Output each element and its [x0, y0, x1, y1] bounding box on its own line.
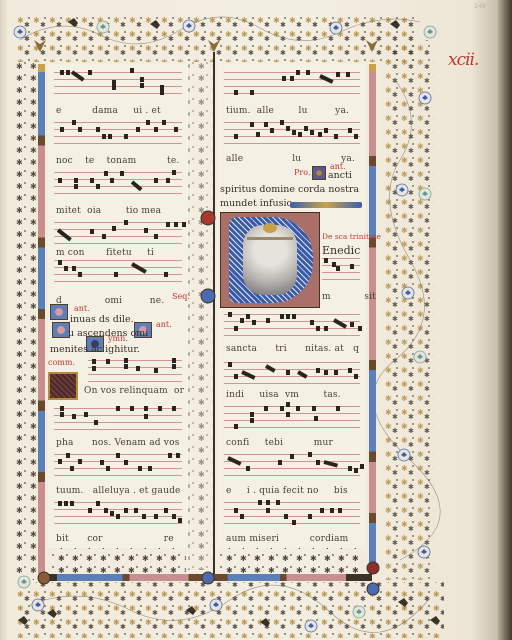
- music-stave: [224, 450, 360, 478]
- rubric-comm: comm.: [48, 358, 75, 367]
- lyric-line: e dama ui . et: [56, 106, 182, 116]
- lyric-line: sancta tri nitas. at q: [226, 344, 360, 354]
- left-text-column: e dama ui . et noc te tonam te. mitet oi…: [48, 64, 188, 548]
- lyric-line: pha nos. Venam ad vos: [56, 438, 182, 448]
- lyric-line: indi uisa vm tas.: [226, 390, 360, 400]
- rubric-ymn: ymn.: [108, 334, 128, 343]
- prose-line: menites ac ighitur.: [50, 344, 140, 355]
- lyric-line: tium. alle lu ya.: [226, 106, 360, 116]
- lyric-line: tuum. alleluya . et gaude: [56, 486, 182, 496]
- music-stave: [54, 498, 182, 526]
- music-stave: [54, 218, 182, 246]
- decorated-initial-s: [312, 166, 326, 180]
- cross-arm: [247, 237, 293, 240]
- halo: [263, 223, 277, 233]
- rubric-pro: Pro.: [294, 168, 310, 177]
- prose-line: inuas ds dile.: [70, 314, 134, 325]
- line-filler: [290, 202, 362, 208]
- decorated-initial-e: [48, 372, 78, 400]
- lyric-line: confi tebi mur: [226, 438, 360, 448]
- music-stave: [224, 68, 360, 96]
- music-stave: [54, 168, 182, 196]
- music-stave: [54, 118, 182, 146]
- lyric-line: e i . quia fecit no bis: [226, 486, 360, 496]
- rubric-ant: ant.: [74, 304, 90, 313]
- lyric-line: mitet oia tio mea: [56, 206, 182, 216]
- prose-line: spiritus domine corda nostra: [220, 184, 359, 195]
- rubric-ant: ant.: [156, 320, 172, 329]
- lyric-line: bit cor re: [56, 534, 182, 544]
- initial-continuation: ancti: [328, 170, 352, 181]
- manuscript-page: 149 xcii. ✱ ✱ ✱: [0, 0, 512, 640]
- music-stave: [224, 402, 360, 430]
- music-stave: [224, 310, 360, 338]
- trinity-figure: [243, 225, 297, 295]
- music-stave: [54, 68, 182, 96]
- rubric-de-sca-trinitate: De sca trinitate: [322, 232, 381, 241]
- prose-line: mundet infusio.: [220, 198, 295, 209]
- music-stave: [224, 498, 360, 526]
- music-stave: [88, 356, 182, 384]
- music-stave: [54, 450, 182, 478]
- music-stave: [224, 358, 360, 386]
- music-stave: [224, 118, 360, 146]
- lyric-line: m sit: [322, 292, 360, 302]
- right-text-column: tium. alle lu ya. alle lu ya. Pro. ant. …: [218, 64, 366, 548]
- lyric-line: On vos relinquam or: [84, 386, 182, 396]
- lyric-line: noc te tonam te.: [56, 156, 182, 166]
- lyric-line: aum miseri cordiam: [226, 534, 360, 544]
- music-stave: [54, 404, 182, 432]
- historiated-initial-b: [220, 212, 320, 308]
- decorated-initial-o: [50, 304, 68, 320]
- music-stave: [322, 254, 360, 282]
- rubric-seq: Seq.: [172, 292, 190, 301]
- music-stave: [54, 256, 182, 284]
